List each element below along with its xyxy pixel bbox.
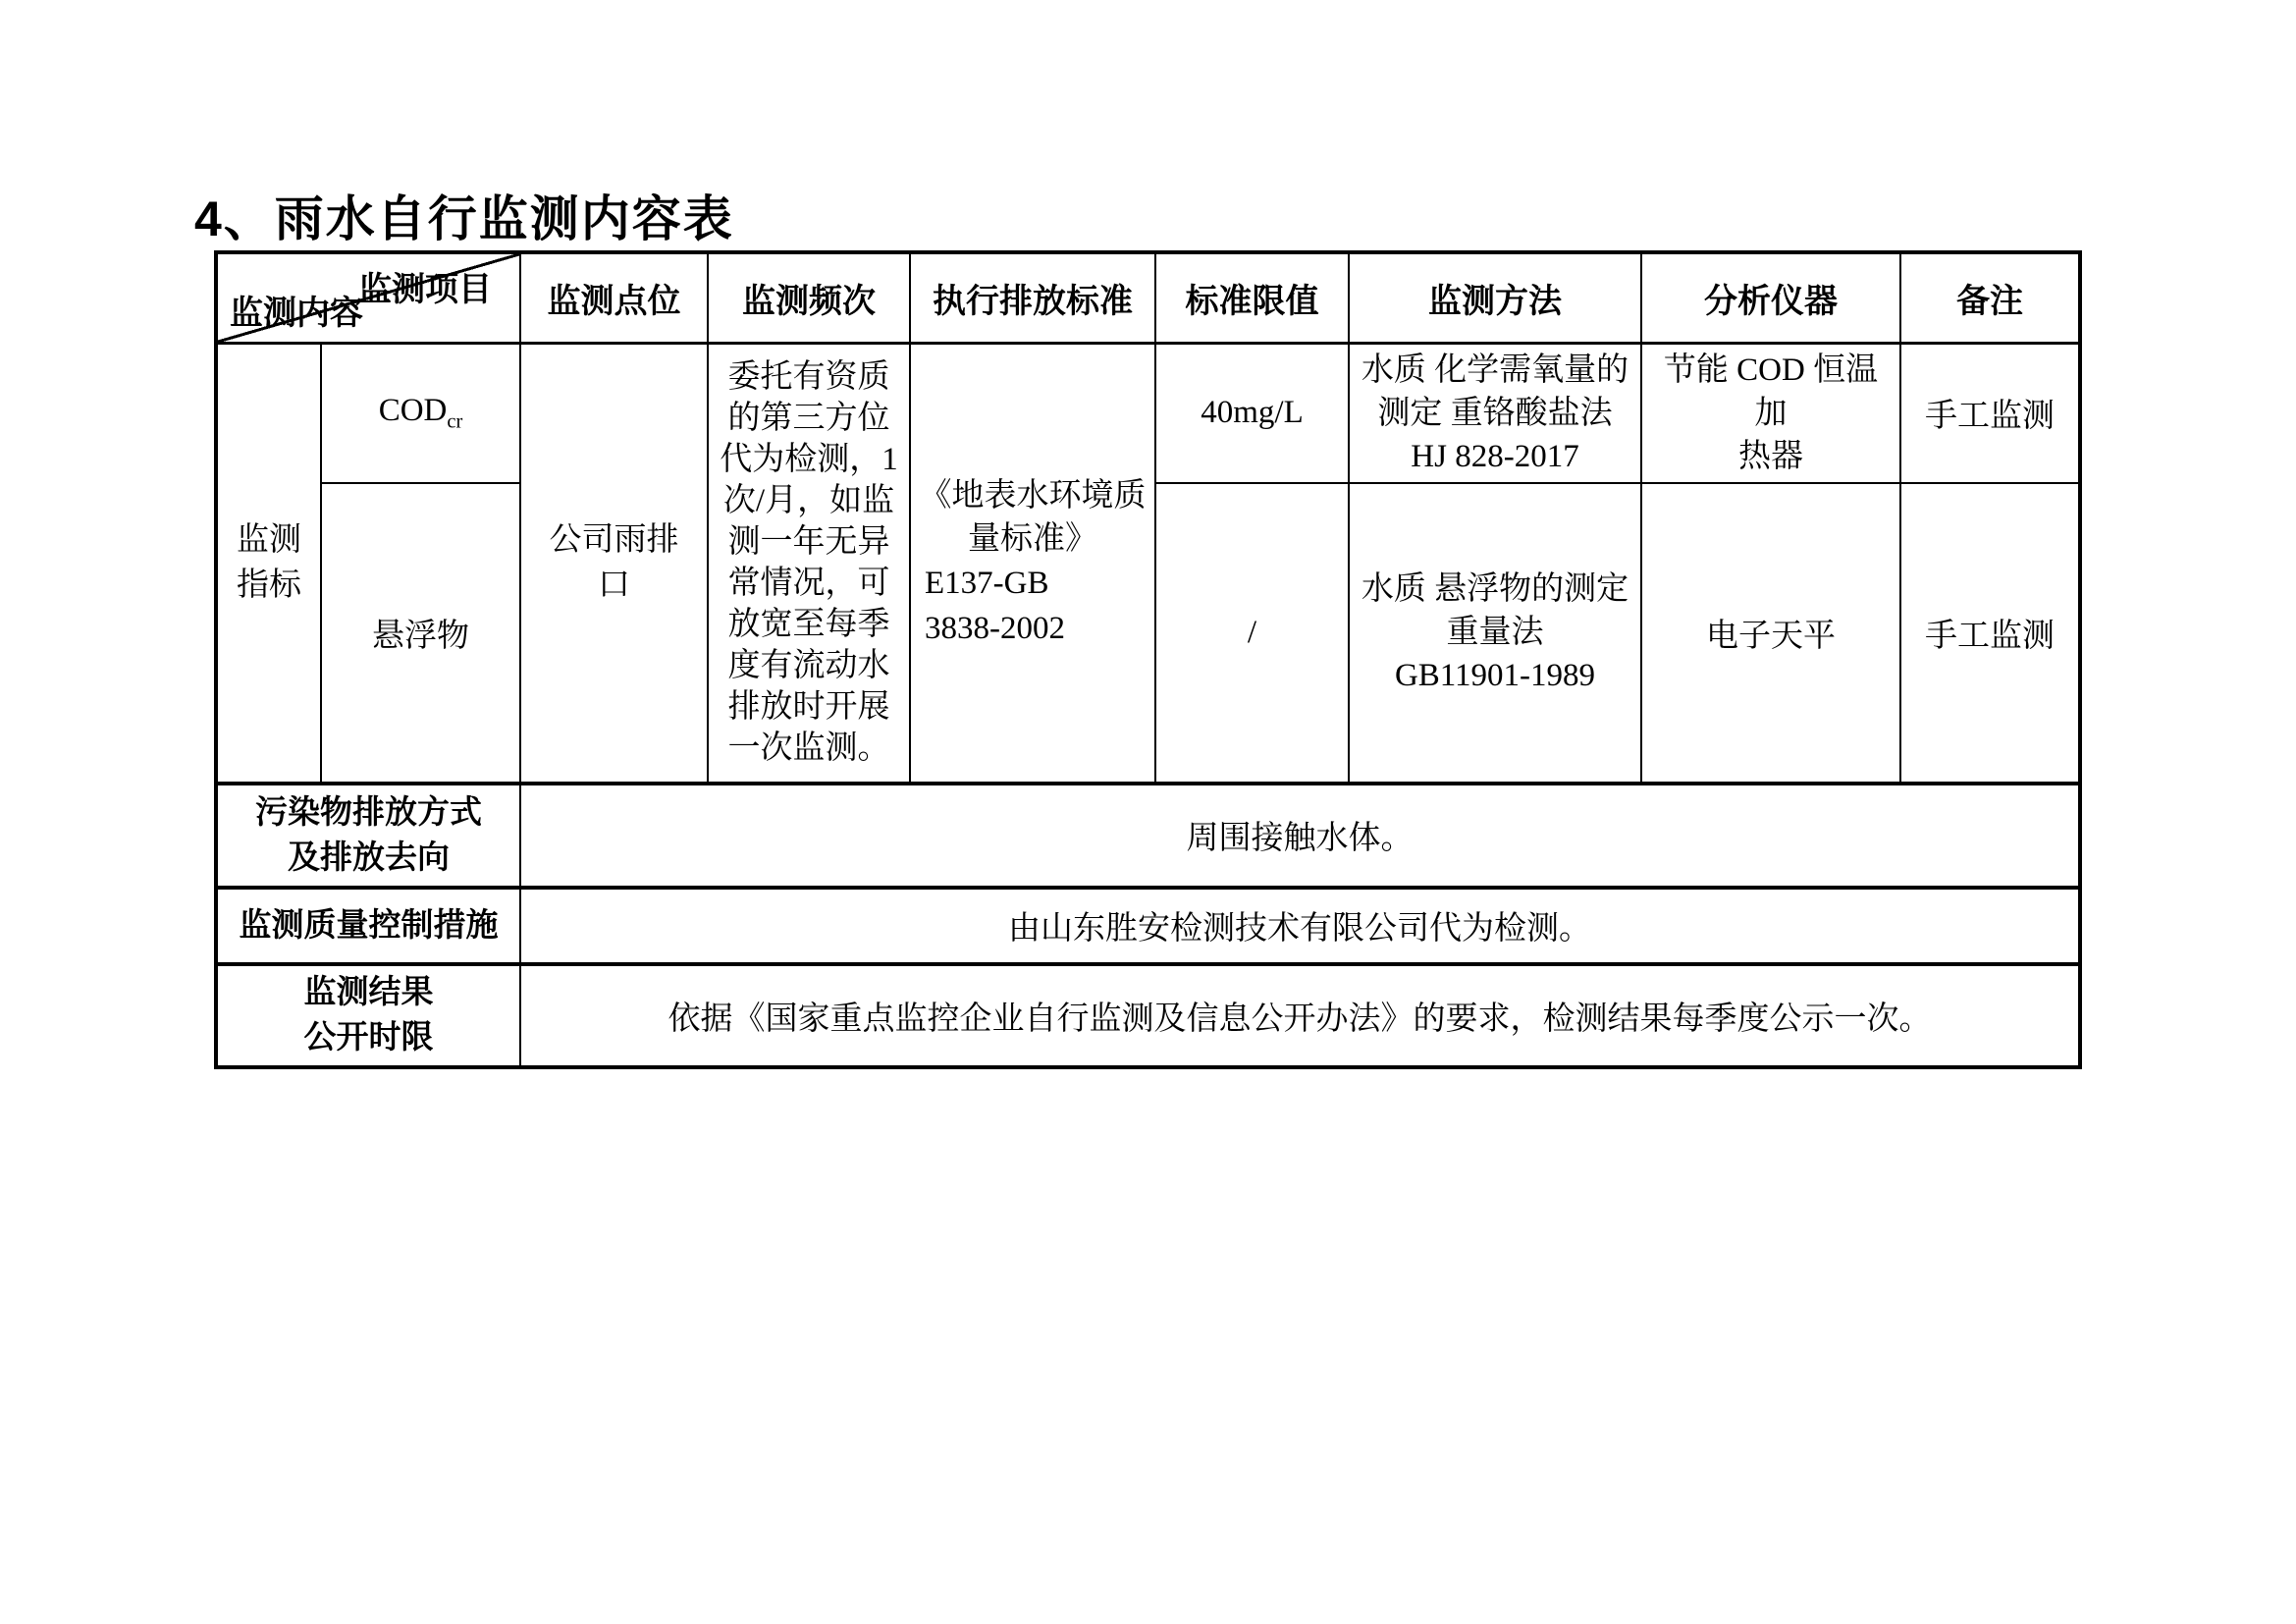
parameter-cell-ss: 悬浮物: [321, 483, 520, 784]
limit-cell-codcr: 40mg/L: [1155, 343, 1349, 483]
footer-label-line: 监测质量控制措施: [226, 903, 511, 948]
standard-content: 《地表水环境质 量标准》 E137-GB 3838-2002: [919, 474, 1147, 651]
monitoring-point-line: 公司雨排: [529, 517, 699, 563]
method-line: GB11901-1989: [1358, 654, 1632, 697]
footer-row-publish: 监测结果 公开时限 依据《国家重点监控企业自行监测及信息公开办法》的要求，检测结…: [216, 964, 2080, 1067]
method-line: 重量法: [1358, 611, 1632, 654]
instrument-line: 热器: [1650, 435, 1892, 478]
header-cell-method: 监测方法: [1349, 252, 1641, 343]
standard-code-line: 3838-2002: [919, 606, 1147, 651]
document-page: 4、雨水自行监测内容表 监测项目 监测内容 监测点位 监测频次 执行排放标准 标…: [0, 0, 2296, 1624]
instrument-cell-codcr: 节能 COD 恒温加 热器: [1641, 343, 1900, 483]
parameter-name: COD: [379, 393, 448, 428]
indicator-label-line: 监测: [226, 517, 312, 563]
footer-row-quality: 监测质量控制措施 由山东胜安检测技术有限公司代为检测。: [216, 888, 2080, 964]
method-line: 水质 化学需氧量的: [1358, 349, 1632, 392]
diagonal-label-project: 监测项目: [358, 262, 492, 310]
publish-label-cell: 监测结果 公开时限: [216, 964, 520, 1067]
header-cell-limit: 标准限值: [1155, 252, 1349, 343]
footer-label-line: 监测结果: [226, 970, 511, 1015]
remark-cell-codcr: 手工监测: [1900, 343, 2080, 483]
header-cell-point: 监测点位: [520, 252, 708, 343]
publish-value-cell: 依据《国家重点监控企业自行监测及信息公开办法》的要求，检测结果每季度公示一次。: [520, 964, 2080, 1067]
quality-value-cell: 由山东胜安检测技术有限公司代为检测。: [520, 888, 2080, 964]
remark-cell-ss: 手工监测: [1900, 483, 2080, 784]
footer-label-line: 及排放去向: [226, 836, 511, 881]
header-cell-instrument: 分析仪器: [1641, 252, 1900, 343]
header-cell-standard: 执行排放标准: [910, 252, 1155, 343]
method-line: HJ 828-2017: [1358, 435, 1632, 478]
diagonal-label-content: 监测内容: [230, 286, 363, 334]
body-row-codcr: 监测 指标 CODcr 公司雨排 口 委托有资质的第三方位代为检测，1次/月，如…: [216, 343, 2080, 483]
method-line: 测定 重铬酸盐法: [1358, 392, 1632, 435]
limit-cell-ss: /: [1155, 483, 1349, 784]
footer-row-discharge: 污染物排放方式 及排放去向 周围接触水体。: [216, 784, 2080, 888]
header-cell-frequency: 监测频次: [708, 252, 910, 343]
header-cell-remark: 备注: [1900, 252, 2080, 343]
footer-label-line: 公开时限: [226, 1015, 511, 1060]
standard-code-line: E137-GB: [919, 561, 1147, 606]
method-line: 水质 悬浮物的测定: [1358, 568, 1632, 611]
instrument-line: 节能 COD 恒温加: [1650, 349, 1892, 435]
discharge-label-cell: 污染物排放方式 及排放去向: [216, 784, 520, 888]
monitoring-table: 监测项目 监测内容 监测点位 监测频次 执行排放标准 标准限值 监测方法 分析仪…: [214, 250, 2082, 1069]
frequency-cell: 委托有资质的第三方位代为检测，1次/月，如监测一年无异常情况，可放宽至每季度有流…: [708, 343, 910, 784]
instrument-cell-ss: 电子天平: [1641, 483, 1900, 784]
standard-name-line: 《地表水环境质: [919, 474, 1147, 517]
diagonal-header-cell: 监测项目 监测内容: [216, 252, 520, 343]
discharge-value-cell: 周围接触水体。: [520, 784, 2080, 888]
indicator-label-line: 指标: [226, 563, 312, 608]
monitoring-point-line: 口: [529, 563, 699, 608]
parameter-subscript: cr: [447, 410, 462, 432]
quality-label-cell: 监测质量控制措施: [216, 888, 520, 964]
footer-label-line: 污染物排放方式: [226, 790, 511, 836]
monitoring-point-cell: 公司雨排 口: [520, 343, 708, 784]
method-cell-ss: 水质 悬浮物的测定 重量法 GB11901-1989: [1349, 483, 1641, 784]
standard-name-line: 量标准》: [919, 517, 1147, 561]
header-row: 监测项目 监测内容 监测点位 监测频次 执行排放标准 标准限值 监测方法 分析仪…: [216, 252, 2080, 343]
method-cell-codcr: 水质 化学需氧量的 测定 重铬酸盐法 HJ 828-2017: [1349, 343, 1641, 483]
standard-cell: 《地表水环境质 量标准》 E137-GB 3838-2002: [910, 343, 1155, 784]
parameter-cell-codcr: CODcr: [321, 343, 520, 483]
page-title: 4、雨水自行监测内容表: [194, 180, 734, 250]
indicator-label-cell: 监测 指标: [216, 343, 321, 784]
